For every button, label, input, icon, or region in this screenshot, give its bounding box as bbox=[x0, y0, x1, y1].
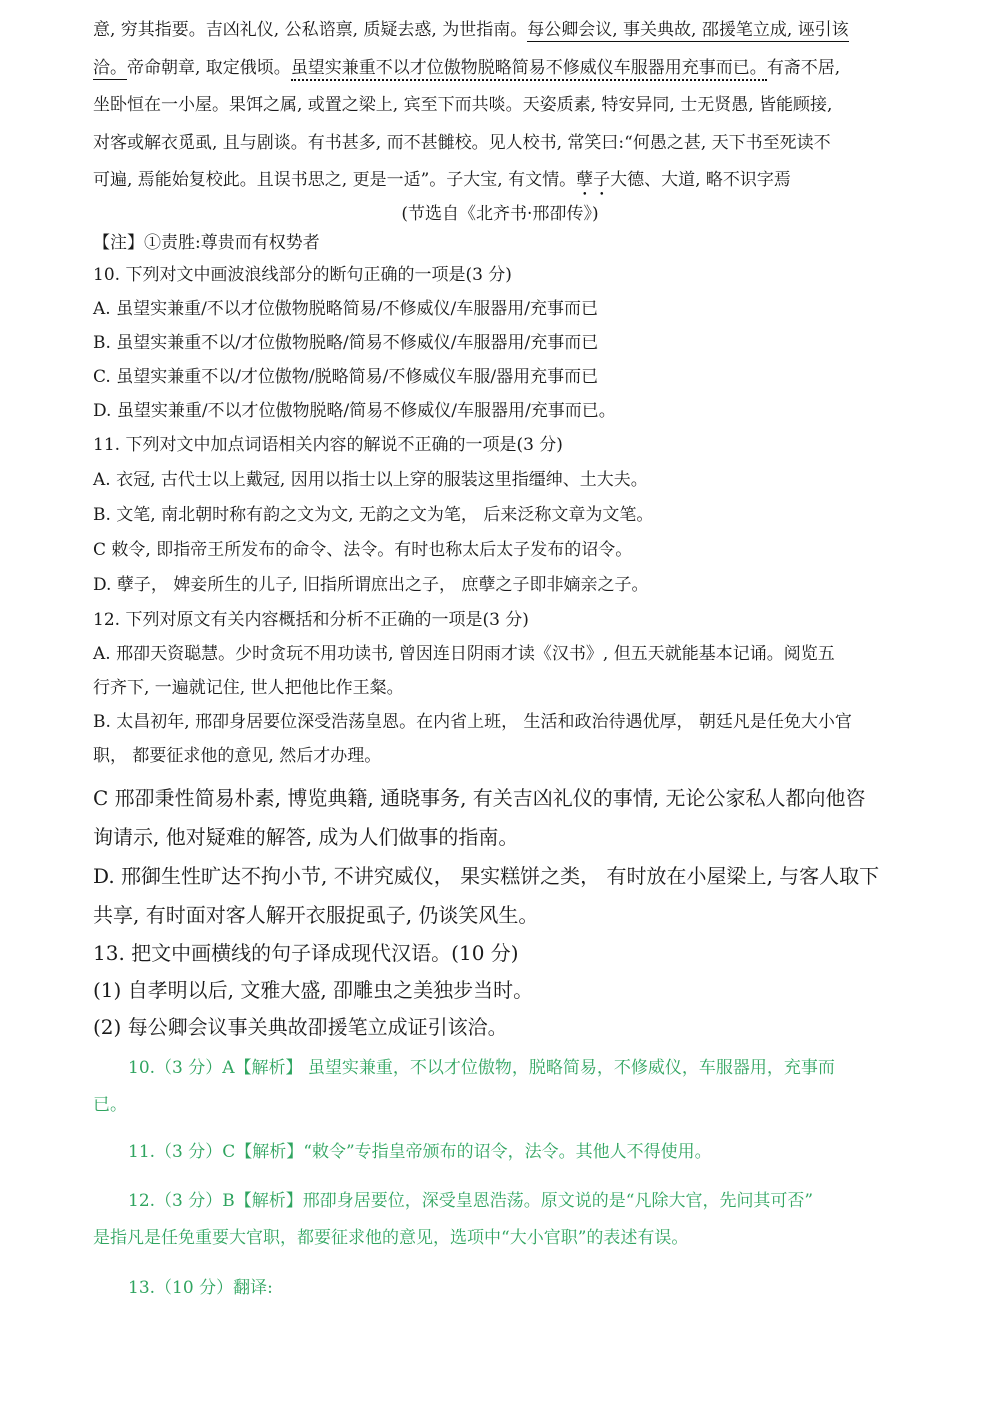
q11-option-line-3: C 敕令, 即指帝王所发布的命令、法令。有时也称太后太子发布的诏令。 bbox=[93, 533, 907, 568]
q12-stem: 12. 下列对原文有关内容概括和分析不正确的一项是(3 分) bbox=[93, 603, 907, 637]
plain-text: 意, 穷其指要。吉凶礼仪, 公私谘禀, 质疑去惑, 为世指南。 bbox=[93, 20, 527, 40]
q11-options: A. 衣冠, 古代士以上戴冠, 因用以指士以上穿的服装这里指缰绅、土大夫。B. … bbox=[93, 463, 907, 603]
answer-q12: 12.（3 分）B【解析】邢卲身居要位，深受皇恩浩荡。原文说的是“凡除大官，先问… bbox=[93, 1183, 907, 1257]
q13-stem: 13. 把文中画横线的句子译成现代汉语。(10 分) bbox=[93, 935, 907, 972]
q13-item-line-1: (1) 自孝明以后, 文雅大盛, 卲雕虫之美独步当时。 bbox=[93, 972, 907, 1009]
question-12-options-cd: C 邢卲秉性简易朴素, 博览典籍, 通晓事务, 有关吉凶礼仪的事情, 无论公家私… bbox=[93, 779, 907, 935]
q11-stem: 11. 下列对文中加点词语相关内容的解说不正确的一项是(3 分) bbox=[93, 428, 907, 463]
answer-q10: 10.（3 分）A【解析】 虽望实兼重，不以才位傲物，脱略简易，不修威仪，车服器… bbox=[93, 1050, 907, 1124]
q10-option-line-3: C. 虽望实兼重不以/才位傲物/脱略简易/不修威仪车服/器用充事而已 bbox=[93, 360, 907, 394]
answer-q10-line-1: 10.（3 分）A【解析】 虽望实兼重，不以才位傲物，脱略简易，不修威仪，车服器… bbox=[93, 1050, 907, 1087]
answer-q13-line-1: 13.（10 分）翻译: bbox=[93, 1270, 907, 1307]
passage-source: (节选自《北齐书·邢卲传》) bbox=[93, 200, 907, 228]
q10-option-line-2: B. 虽望实兼重不以/才位傲物脱略/简易不修威仪/车服器用/充事而已 bbox=[93, 326, 907, 360]
answer-q11-line-1: 11.（3 分）C【解析】“敕令”专指皇帝颁布的诏令，法令。其他人不得使用。 bbox=[93, 1134, 907, 1171]
q12-option-cd-line-3: D. 邢御生性旷达不拘小节, 不讲究威仪， 果实糕饼之类， 有时放在小屋梁上, … bbox=[93, 857, 907, 896]
q10-option-line-1: A. 虽望实兼重/不以才位傲物脱略简易/不修威仪/车服器用/充事而已 bbox=[93, 292, 907, 326]
plain-text: 对客或解衣觅虱, 且与剧谈。有书甚多, 而不甚雠校。见人校书, 常笑曰:“何愚之… bbox=[93, 133, 831, 153]
plain-text: 有斋不居, bbox=[767, 58, 840, 78]
wavy-underlined-text: 虽望实兼重不以才位傲物脱略简易不修威仪车服器用充事而已。 bbox=[291, 58, 767, 81]
q12-option-ab-line-4: 职， 都要征求他的意见, 然后才办理。 bbox=[93, 739, 907, 773]
underlined-text: 每公卿会议, 事关典故, 邵援笔立成, 诬引该 bbox=[527, 20, 848, 42]
question-13: 13. 把文中画横线的句子译成现代汉语。(10 分) (1) 自孝明以后, 文雅… bbox=[93, 935, 907, 1046]
q12-option-cd-line-2: 询请示, 他对疑难的解答, 成为人们做事的指南。 bbox=[93, 818, 907, 857]
answer-q11: 11.（3 分）C【解析】“敕令”专指皇帝颁布的诏令，法令。其他人不得使用。 bbox=[93, 1134, 907, 1171]
exam-page: 意, 穷其指要。吉凶礼仪, 公私谘禀, 质疑去惑, 为世指南。每公卿会议, 事关… bbox=[0, 0, 992, 1307]
plain-text: 坐卧恒在一小屋。果饵之属, 或置之梁上, 宾至下而共啖。天姿质素, 特安异同, … bbox=[93, 95, 832, 115]
q12-option-ab-line-2: 行齐下, 一遍就记住, 世人把他比作王粲。 bbox=[93, 671, 907, 705]
plain-text: 帝命朝章, 取定俄顷。 bbox=[127, 58, 291, 78]
dot-emphasized-text: 孽子 bbox=[576, 170, 610, 190]
passage-line-2: 洽。帝命朝章, 取定俄顷。虽望实兼重不以才位傲物脱略简易不修威仪车服器用充事而已… bbox=[93, 50, 907, 88]
q12-option-ab-line-1: A. 邢卲天资聪慧。少时贪玩不用功读书, 曾因连日阴雨才读《汉书》, 但五天就能… bbox=[93, 637, 907, 671]
answer-q12-line-1: 12.（3 分）B【解析】邢卲身居要位，深受皇恩浩荡。原文说的是“凡除大官，先问… bbox=[93, 1183, 907, 1220]
q11-option-line-1: A. 衣冠, 古代士以上戴冠, 因用以指士以上穿的服装这里指缰绅、土大夫。 bbox=[93, 463, 907, 498]
passage-line-3: 坐卧恒在一小屋。果饵之属, 或置之梁上, 宾至下而共啖。天姿质素, 特安异同, … bbox=[93, 87, 907, 125]
q10-options: A. 虽望实兼重/不以才位傲物脱略简易/不修威仪/车服器用/充事而已B. 虽望实… bbox=[93, 292, 907, 428]
plain-text: 可遍, 焉能始复校此。且误书思之, 更是一适”。子大宝, 有文情。 bbox=[93, 170, 576, 190]
answer-q13: 13.（10 分）翻译: bbox=[93, 1270, 907, 1307]
answer-q12-line-2: 是指凡是任免重要大官职，都要征求他的意见，选项中“大小官职”的表述有误。 bbox=[93, 1220, 907, 1257]
classical-passage: 意, 穷其指要。吉凶礼仪, 公私谘禀, 质疑去惑, 为世指南。每公卿会议, 事关… bbox=[93, 12, 907, 200]
question-10: 10. 下列对文中画波浪线部分的断句正确的一项是(3 分) A. 虽望实兼重/不… bbox=[93, 258, 907, 428]
q13-items: (1) 自孝明以后, 文雅大盛, 卲雕虫之美独步当时。(2) 每公卿会议事关典故… bbox=[93, 972, 907, 1046]
passage-note: 【注】①责胜:尊贵而有权势者 bbox=[93, 228, 907, 258]
q11-option-line-4: D. 孽子， 婢妾所生的儿子, 旧指所谓庶出之子， 庶孽之子即非嫡亲之子。 bbox=[93, 568, 907, 603]
question-11: 11. 下列对文中加点词语相关内容的解说不正确的一项是(3 分) A. 衣冠, … bbox=[93, 428, 907, 603]
passage-line-4: 对客或解衣觅虱, 且与剧谈。有书甚多, 而不甚雠校。见人校书, 常笑曰:“何愚之… bbox=[93, 125, 907, 163]
passage-line-5: 可遍, 焉能始复校此。且误书思之, 更是一适”。子大宝, 有文情。孽子大德、大道… bbox=[93, 162, 907, 200]
answer-q10-line-2: 已。 bbox=[93, 1087, 907, 1124]
q10-option-line-4: D. 虽望实兼重/不以才位傲物脱略/简易不修威仪/车服器用/充事而已。 bbox=[93, 394, 907, 428]
underlined-text: 洽。 bbox=[93, 58, 127, 80]
passage-line-1: 意, 穷其指要。吉凶礼仪, 公私谘禀, 质疑去惑, 为世指南。每公卿会议, 事关… bbox=[93, 12, 907, 50]
q13-item-line-2: (2) 每公卿会议事关典故卲援笔立成证引该洽。 bbox=[93, 1009, 907, 1046]
plain-text: 大德、大道, 略不识字焉 bbox=[610, 170, 791, 190]
q12-option-ab-line-3: B. 太昌初年, 邢卲身居要位深受浩荡皇恩。在内省上班， 生活和政治待遇优厚， … bbox=[93, 705, 907, 739]
q12-option-cd-line-1: C 邢卲秉性简易朴素, 博览典籍, 通晓事务, 有关吉凶礼仪的事情, 无论公家私… bbox=[93, 779, 907, 818]
q10-stem: 10. 下列对文中画波浪线部分的断句正确的一项是(3 分) bbox=[93, 258, 907, 292]
q12-option-cd-line-4: 共享, 有时面对客人解开衣服捉虱子, 仍谈笑风生。 bbox=[93, 896, 907, 935]
question-12: 12. 下列对原文有关内容概括和分析不正确的一项是(3 分) A. 邢卲天资聪慧… bbox=[93, 603, 907, 773]
q11-option-line-2: B. 文笔, 南北朝时称有韵之文为文, 无韵之文为笔， 后来泛称文章为文笔。 bbox=[93, 498, 907, 533]
q12-options-ab: A. 邢卲天资聪慧。少时贪玩不用功读书, 曾因连日阴雨才读《汉书》, 但五天就能… bbox=[93, 637, 907, 773]
